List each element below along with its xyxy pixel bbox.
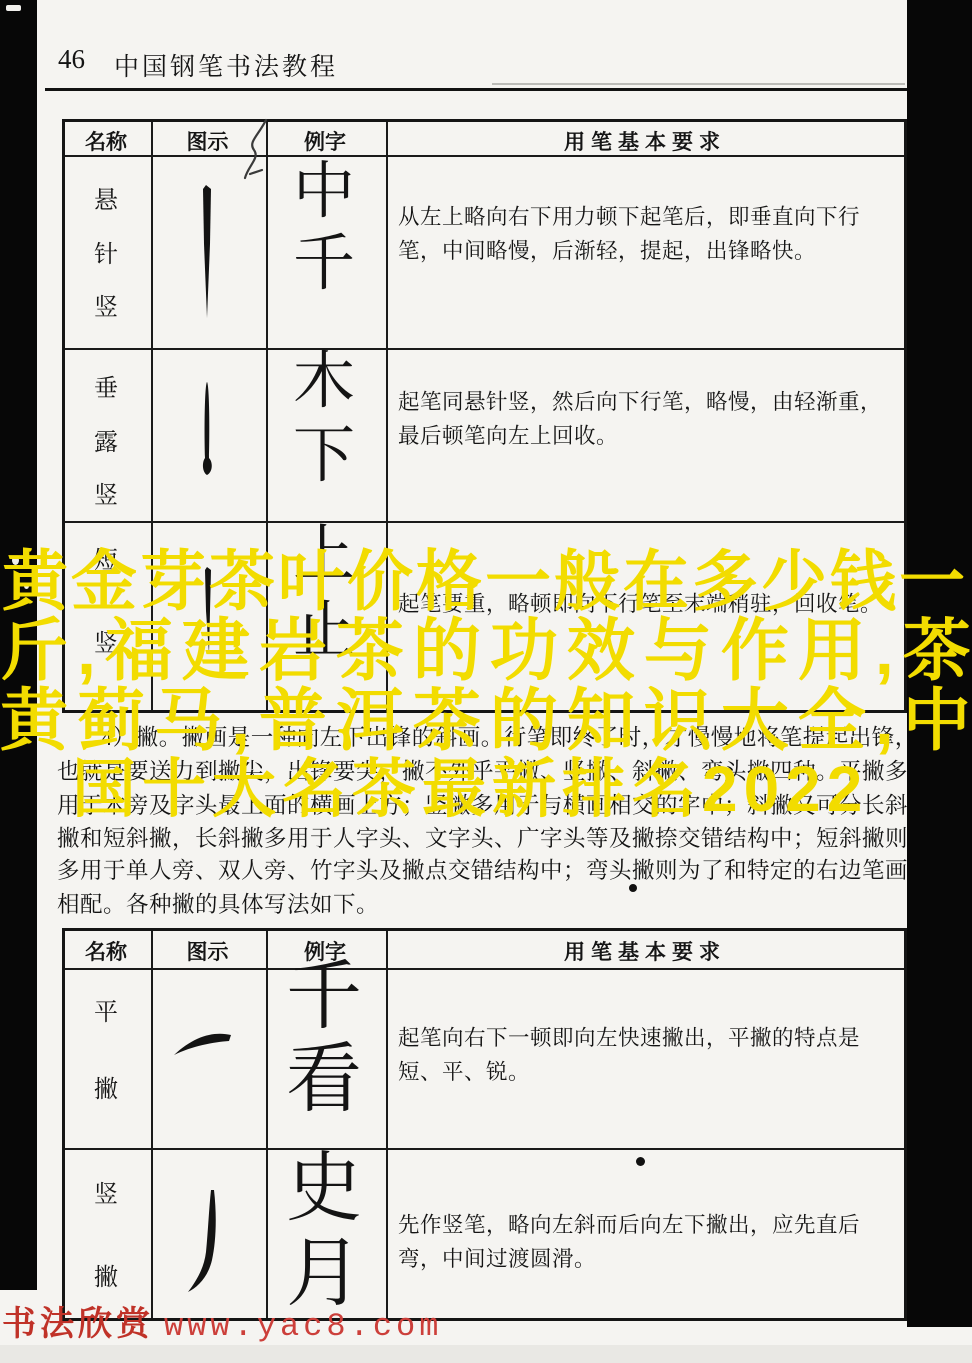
flat-left-falling-stroke-icon <box>172 1030 234 1058</box>
paragraph-line: 多用于单人旁、双人旁、竹字头及撇点交错结构中；弯头撇则为了和特定的右边笔画 <box>57 853 907 885</box>
table1-header-requirements: 用笔基本要求 <box>385 126 905 156</box>
ink-dot <box>636 1157 645 1166</box>
dew-drop-vertical-stroke-icon <box>199 382 215 478</box>
table2-header-illustration: 图示 <box>150 936 265 966</box>
example-characters: 木 下 <box>288 350 360 489</box>
table2-header-name: 名称 <box>62 936 150 966</box>
example-characters: 千 看 <box>282 958 366 1120</box>
row-name-vertical-pie: 竖 撇 <box>86 1174 126 1292</box>
scan-bottom-edge <box>0 1345 972 1363</box>
row-divider <box>65 348 904 350</box>
row-name-hanging-needle-vertical: 悬 针 竖 <box>86 180 126 322</box>
row-divider <box>65 1148 904 1150</box>
paragraph-line: 撇和短斜撇，长斜撇多用于人字头、文字头、广字头等及撇捺交错结构中；短斜撇则 <box>57 821 907 853</box>
column-divider <box>266 931 268 1318</box>
table1-header-example: 例字 <box>265 126 385 156</box>
requirement-text: 先作竖笔，略向左斜而后向左下撇出，应先直后弯，中间过渡圆滑。 <box>398 1208 903 1276</box>
handwritten-annotation-squiggle <box>236 116 278 188</box>
row-divider <box>65 968 904 970</box>
table2-header-requirements: 用笔基本要求 <box>385 936 905 966</box>
paragraph-line: 相配。各种撇的具体写法如下。 <box>57 887 907 919</box>
table1-header-name: 名称 <box>62 126 150 156</box>
requirement-text: 起笔向右下一顿即向左快速撇出，平撇的特点是短、平、锐。 <box>398 1021 903 1089</box>
seo-overlay-line-2: 斤,福建岩茶的功效与作用,茶 <box>0 617 972 685</box>
example-characters: 中 千 <box>288 160 360 297</box>
ink-dot <box>629 884 637 892</box>
column-divider <box>386 931 388 1318</box>
watermark-site-url: www.yac8.com <box>164 1308 442 1345</box>
scan-speck <box>6 5 21 11</box>
seo-overlay-line-3: 黄蓟马,普洱茶的知识大全,中 <box>0 687 972 755</box>
seo-overlay-line-1: 黄金芽茶叶价格一般在多少钱一 <box>2 548 968 614</box>
seo-overlay-line-4: 国十大名茶最新排名2022 <box>72 757 868 821</box>
site-watermark: 书法欣赏www.yac8.com <box>2 1296 442 1345</box>
scan-smudge <box>492 83 905 85</box>
header-rule <box>45 88 907 91</box>
row-name-dew-drop-vertical: 垂 露 竖 <box>86 368 126 510</box>
row-divider <box>65 521 904 523</box>
hanging-needle-vertical-stroke-icon <box>198 184 216 320</box>
requirement-text: 从左上略向右下用力顿下起笔后，即垂直向下行笔，中间略慢，后渐轻，提起，出锋略快。 <box>398 200 900 268</box>
watermark-site-name: 书法欣赏 <box>2 1306 154 1343</box>
row-name-flat-pie: 平 撇 <box>86 992 126 1104</box>
requirement-text: 起笔同悬针竖，然后向下行笔，略慢，由轻渐重，最后顿笔向左上回收。 <box>398 385 903 453</box>
column-divider <box>151 931 153 1318</box>
book-title: 中国钢笔书法教程 <box>114 47 338 83</box>
vertical-left-falling-stroke-icon <box>184 1188 226 1294</box>
example-characters: 史 月 <box>282 1150 366 1314</box>
page-number: 46 <box>58 44 85 75</box>
scanned-book-page: 46 中国钢笔书法教程 名称 图示 例字 用笔基本要求 悬 针 竖 中 千 从左… <box>0 0 972 1363</box>
